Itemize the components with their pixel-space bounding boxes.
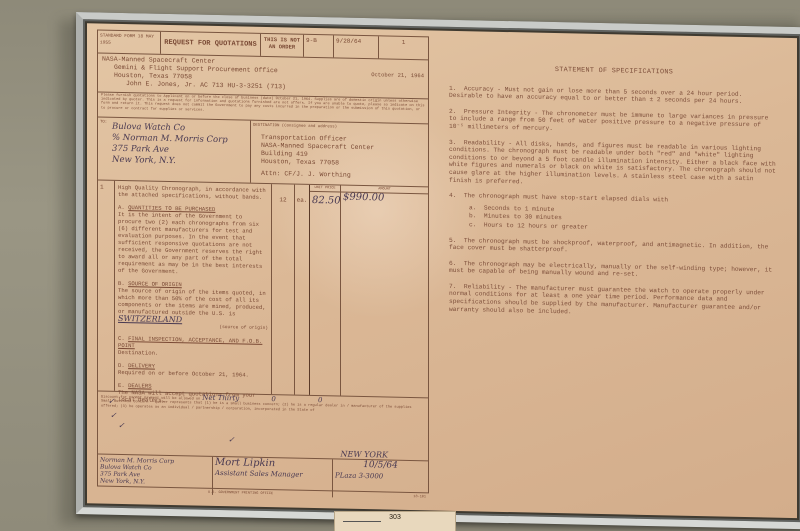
- signed-date: 10/5/64: [335, 461, 426, 470]
- page-number: 1: [379, 36, 428, 59]
- spec-text: Pressure Integrity - The chronometer mus…: [449, 108, 768, 132]
- section-b-text: The source of origin of the items quoted…: [118, 287, 268, 318]
- spec-item-7: 7. Reliability - The manufacturer must g…: [449, 283, 779, 320]
- spec-num: 1.: [449, 84, 456, 91]
- spec-text: Accuracy - Must not gain or lose more th…: [449, 85, 742, 105]
- picture-frame: STANDARD FORM 18 MAY 1955 REQUEST FOR QU…: [76, 12, 800, 529]
- unit-price-handwritten: 82.50: [312, 197, 341, 205]
- sub-letter: b.: [469, 213, 476, 220]
- dest-line-4: Houston, Texas 77058: [261, 158, 374, 168]
- rfq-form: STANDARD FORM 18 MAY 1955 REQUEST FOR QU…: [97, 29, 429, 493]
- spec-text: Readability - All disks, hands, and figu…: [449, 139, 776, 185]
- spec-num: 7.: [449, 283, 456, 290]
- not-an-order-notice: THIS IS NOT AN ORDER: [261, 34, 304, 57]
- item-number: 1: [98, 180, 115, 390]
- to-address-box: TO: Bulova Watch Co % Norman M. Morris C…: [98, 117, 251, 182]
- checkmark-icon: ✓: [118, 424, 125, 429]
- spec-item-2: 2. Pressure Integrity - The chronometer …: [449, 108, 779, 138]
- form-reference: STANDARD FORM 18 MAY 1955: [98, 30, 161, 53]
- spec-item-1: 1. Accuracy - Must not gain or lose more…: [449, 84, 779, 106]
- issuing-office: NASA-Manned Spacecraft Center Gemini & F…: [98, 53, 428, 99]
- form-title: REQUEST FOR QUOTATIONS: [161, 32, 261, 56]
- printing-office-note: U.S. GOVERNMENT PRINTING OFFICE: [208, 490, 273, 498]
- rfq-number: 9-B: [304, 35, 334, 58]
- spec-text: The chronograph may be electrically, man…: [449, 260, 772, 278]
- quoter-address-3: New York, N.Y.: [100, 478, 210, 487]
- section-a-text: It is the intent of the Government to pr…: [118, 211, 268, 277]
- spec-num: 4.: [449, 192, 456, 199]
- checkmark-icon: ✓: [110, 414, 117, 419]
- item-quantity: 12: [272, 184, 295, 394]
- section-c: C. FINAL INSPECTION, ACCEPTANCE, AND F.O…: [118, 335, 268, 359]
- statement-of-specifications: STATEMENT OF SPECIFICATIONS 1. Accuracy …: [449, 65, 779, 328]
- destination-label: DESTINATION (Consignee and address): [253, 122, 374, 133]
- to-line-4: New York, N.Y.: [112, 155, 228, 168]
- spec-item-6: 6. The chronograph may be electrically, …: [449, 260, 779, 282]
- section-a: A. QUANTITIES TO BE PURCHASED It is the …: [118, 204, 268, 277]
- sub-letter: c.: [469, 221, 476, 228]
- sub-text: Seconds to 1 minute: [484, 204, 555, 212]
- section-c-title: FINAL INSPECTION, ACCEPTANCE, AND F.O.B.…: [118, 335, 262, 349]
- sub-text: Minutes to 30 minutes: [484, 213, 562, 222]
- destination-box: DESTINATION (Consignee and address) Tran…: [251, 121, 384, 186]
- section-d: D. DELIVERY Required on or before Octobe…: [118, 362, 268, 379]
- plate-rule: [343, 521, 381, 522]
- document-mat: STANDARD FORM 18 MAY 1955 REQUEST FOR QU…: [87, 23, 797, 518]
- date-issued: 9/28/64: [334, 35, 379, 58]
- amount-handwritten: $990.00: [343, 194, 384, 202]
- specs-title: STATEMENT OF SPECIFICATIONS: [449, 65, 779, 80]
- exhibit-number: 303: [389, 514, 401, 521]
- checkmark-icon: ✓: [228, 438, 235, 443]
- unit-price-header: UNIT PRICE: [310, 185, 340, 193]
- amount-column: AMOUNT $990.00: [341, 186, 428, 398]
- spec-text: The chronograph must be shockproof, wate…: [449, 237, 768, 254]
- phone-number: PLaza 3-3000: [335, 472, 426, 481]
- item-description: High Quality Chronograph, in accordance …: [118, 184, 268, 201]
- dest-attn: Attn: CF/J. J. Worthing: [261, 170, 374, 180]
- discount-value-1: 0: [271, 395, 275, 403]
- spec-item-3: 3. Readability - All disks, hands, and f…: [449, 138, 779, 190]
- spec-num: 6.: [449, 260, 456, 267]
- section-c-text: Destination.: [118, 349, 268, 359]
- quotations-due-date: October 21, 1964: [371, 71, 424, 80]
- unit-price-column: UNIT PRICE 82.50: [310, 185, 341, 396]
- signer-title: Assistant Sales Manager: [215, 470, 330, 479]
- sub-letter: a.: [469, 204, 476, 211]
- signature: Mort Lipkin: [215, 459, 330, 468]
- to-address-handwritten: Bulova Watch Co % Norman M. Morris Corp …: [112, 122, 228, 168]
- checkmark-icon: ✓: [108, 400, 115, 405]
- to-label: TO:: [100, 120, 107, 127]
- exhibit-label-plate: 303: [334, 511, 456, 531]
- section-d-text: Required on or before October 21, 1964.: [118, 369, 268, 379]
- address-row: TO: Bulova Watch Co % Norman M. Morris C…: [98, 117, 428, 187]
- spec-num: 5.: [449, 236, 456, 243]
- spec-item-5: 5. The chronograph must be shockproof, w…: [449, 236, 779, 258]
- incorporation-state-handwritten: NEW YORK: [341, 452, 388, 457]
- discount-value-2: 0: [318, 396, 322, 404]
- form-number: 18-101: [413, 494, 426, 501]
- quoter-certification: Discount for prompt payment will be allo…: [98, 391, 428, 461]
- items-table: 1 High Quality Chronograph, in accordanc…: [98, 180, 428, 398]
- section-b: B. SOURCE OF ORIGIN The source of origin…: [118, 280, 268, 332]
- spec-num: 3.: [449, 138, 456, 145]
- sub-text: Hours to 12 hours or greater: [484, 221, 588, 230]
- spec-num: 2.: [449, 108, 456, 115]
- item-description-column: High Quality Chronograph, in accordance …: [115, 181, 272, 394]
- spec-text: Reliability - The manufacturer must guar…: [449, 283, 765, 315]
- quoter-name-address: Norman M. Morris Corp Bulova Watch Co 37…: [98, 454, 213, 494]
- spec-text: The chronograph must have stop-start ela…: [464, 192, 668, 203]
- item-unit: ea.: [295, 185, 310, 395]
